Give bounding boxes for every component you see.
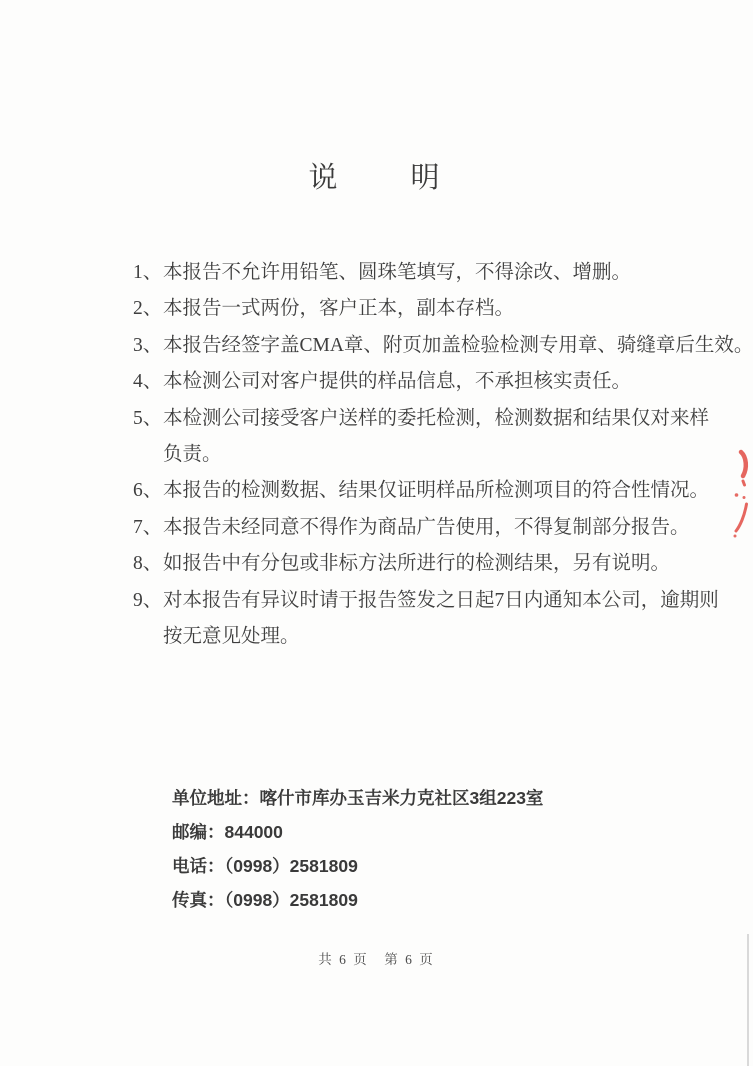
notes-list: 1、 本报告不允许用铅笔、圆珠笔填写，不得涂改、增删。 2、 本报告一式两份，客… (133, 255, 733, 655)
note-item-number: 1、 (133, 255, 163, 291)
contact-phone: 电话：（0998）2581809 (172, 849, 543, 883)
note-item: 7、 本报告未经同意不得作为商品广告使用，不得复制部分报告。 (133, 510, 733, 546)
contact-postcode: 邮编：844000 (172, 815, 543, 849)
page-title: 说 明 (0, 160, 753, 196)
note-item-number: 4、 (133, 364, 163, 400)
note-item: 5、 本检测公司接受客户送样的委托检测，检测数据和结果仅对来样 负责。 (133, 401, 733, 474)
note-item: 9、 对本报告有异议时请于报告签发之日起7日内通知本公司，逾期则 按无意见处理。 (133, 583, 733, 656)
note-item-line: 本报告一式两份，客户正本，副本存档。 (163, 291, 733, 327)
red-seal-fragment-icon (729, 448, 753, 540)
note-item: 3、 本报告经签字盖CMA章、附页加盖检验检测专用章、骑缝章后生效。 (133, 328, 733, 364)
note-item: 4、 本检测公司对客户提供的样品信息，不承担核实责任。 (133, 364, 733, 400)
contact-block: 单位地址：喀什市库办玉吉米力克社区3组223室 邮编：844000 电话：（09… (172, 781, 543, 917)
note-item-number: 2、 (133, 291, 163, 327)
note-item-number: 6、 (133, 473, 163, 509)
note-item-line: 对本报告有异议时请于报告签发之日起7日内通知本公司，逾期则 (163, 583, 733, 619)
contact-fax: 传真：（0998）2581809 (172, 883, 543, 917)
note-item: 2、 本报告一式两份，客户正本，副本存档。 (133, 291, 733, 327)
note-item-number: 3、 (133, 328, 163, 364)
note-item-line: 如报告中有分包或非标方法所进行的检测结果，另有说明。 (163, 546, 733, 582)
scan-edge-artifact (747, 934, 749, 1066)
note-item-line: 按无意见处理。 (163, 619, 733, 655)
note-item-number: 8、 (133, 546, 163, 582)
note-item-line: 负责。 (163, 437, 733, 473)
note-item: 8、 如报告中有分包或非标方法所进行的检测结果，另有说明。 (133, 546, 733, 582)
note-item: 1、 本报告不允许用铅笔、圆珠笔填写，不得涂改、增删。 (133, 255, 733, 291)
note-item-line: 本报告不允许用铅笔、圆珠笔填写，不得涂改、增删。 (163, 255, 733, 291)
note-item: 6、 本报告的检测数据、结果仅证明样品所检测项目的符合性情况。 (133, 473, 733, 509)
note-item-number: 5、 (133, 401, 163, 437)
contact-address: 单位地址：喀什市库办玉吉米力克社区3组223室 (172, 781, 543, 815)
note-item-line: 本检测公司对客户提供的样品信息，不承担核实责任。 (163, 364, 733, 400)
note-item-number: 9、 (133, 583, 163, 619)
report-notes-page: 说 明 1、 本报告不允许用铅笔、圆珠笔填写，不得涂改、增删。 2、 本报告一式… (0, 0, 753, 1066)
page-number-footer: 共 6 页 第 6 页 (0, 948, 753, 968)
note-item-line: 本报告的检测数据、结果仅证明样品所检测项目的符合性情况。 (163, 473, 733, 509)
note-item-number: 7、 (133, 510, 163, 546)
note-item-line: 本报告未经同意不得作为商品广告使用，不得复制部分报告。 (163, 510, 733, 546)
note-item-line: 本报告经签字盖CMA章、附页加盖检验检测专用章、骑缝章后生效。 (163, 328, 753, 364)
note-item-line: 本检测公司接受客户送样的委托检测，检测数据和结果仅对来样 (163, 401, 733, 437)
